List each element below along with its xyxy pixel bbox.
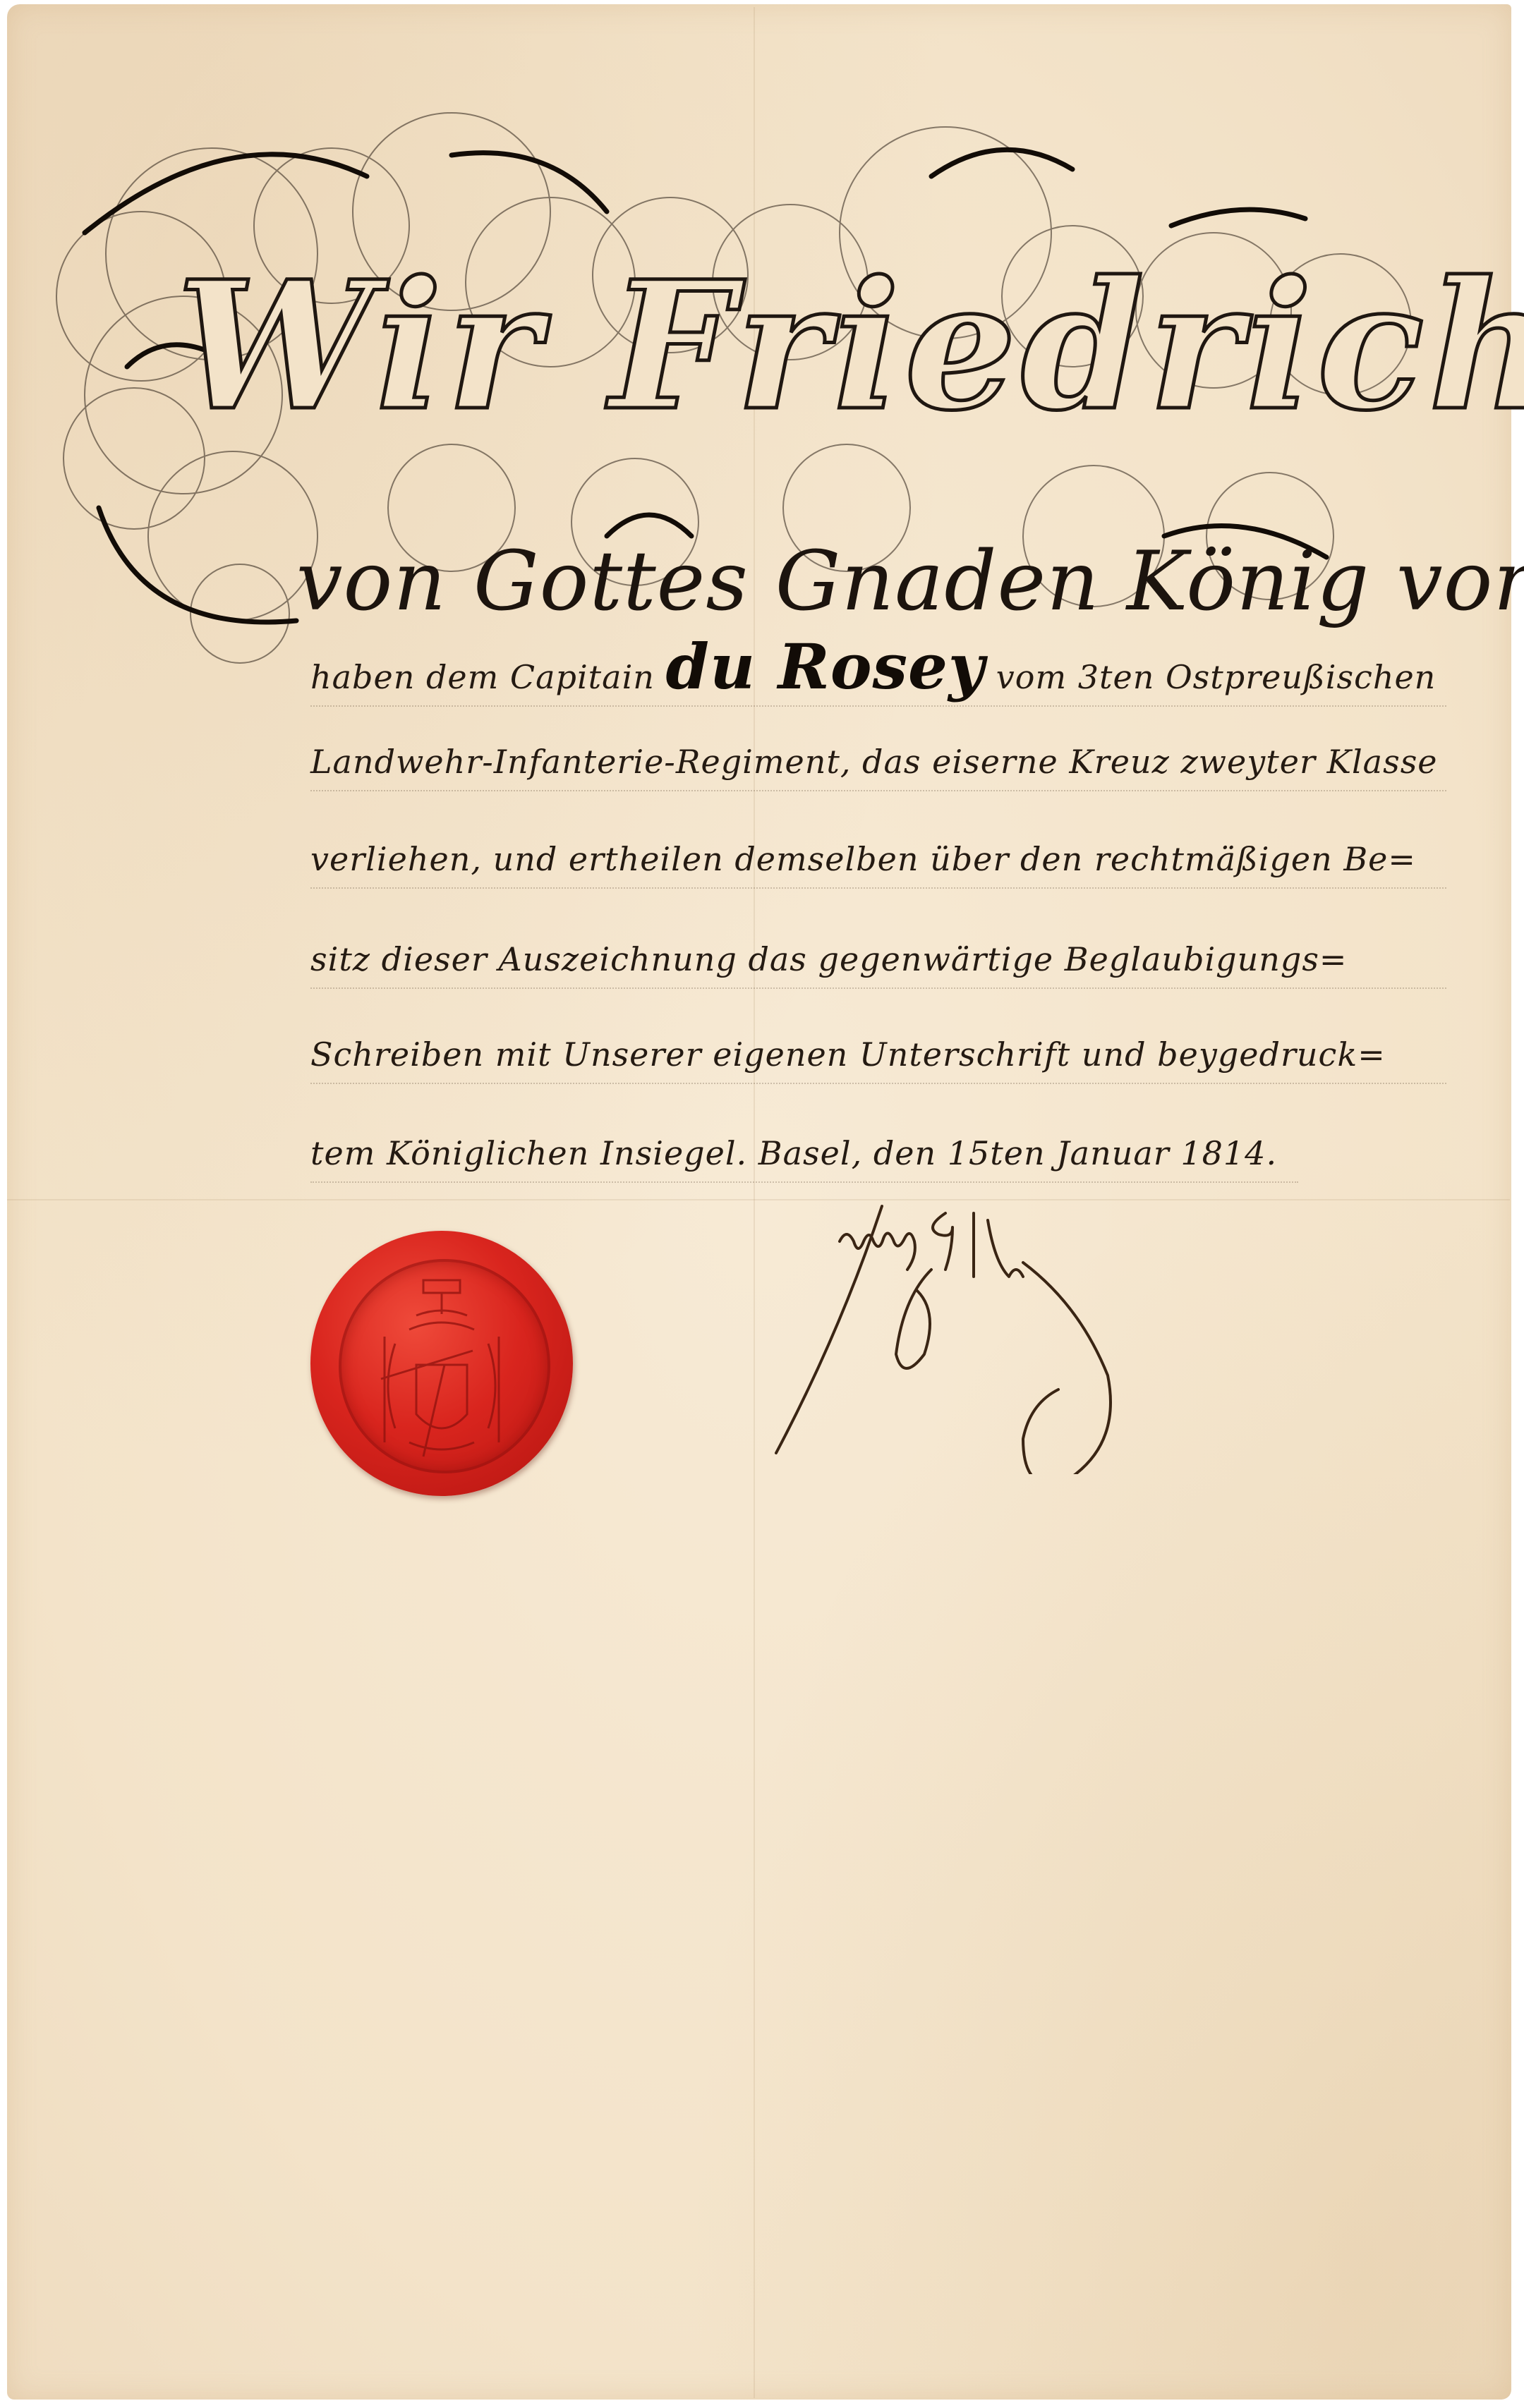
document-subtitle: von Gottes Gnaden König von Preußen bbox=[296, 533, 1453, 631]
body-line-1: haben dem Capitain du Rosey vom 3ten Ost… bbox=[310, 638, 1446, 707]
body-text: haben dem Capitain bbox=[310, 658, 666, 696]
wax-seal bbox=[310, 1231, 573, 1496]
body-text: vom 3ten Ostpreußischen bbox=[985, 658, 1436, 696]
body-line-6: tem Königlichen Insiegel. Basel, den 15t… bbox=[310, 1125, 1298, 1183]
royal-signature bbox=[734, 1192, 1453, 1474]
body-line-3: verliehen, und ertheilen demselben über … bbox=[310, 831, 1446, 889]
coat-of-arms-icon bbox=[310, 1231, 573, 1496]
body-line-2: Landwehr-Infanterie-Regiment, das eisern… bbox=[310, 734, 1446, 791]
body-line-4: sitz dieser Auszeichnung das gegenwärtig… bbox=[310, 931, 1446, 989]
body-line-5: Schreiben mit Unserer eigenen Unterschri… bbox=[310, 1026, 1446, 1084]
recipient-name: du Rosey bbox=[666, 630, 986, 703]
document-title: Wir Friedrich Wilhelm, bbox=[176, 240, 1418, 451]
